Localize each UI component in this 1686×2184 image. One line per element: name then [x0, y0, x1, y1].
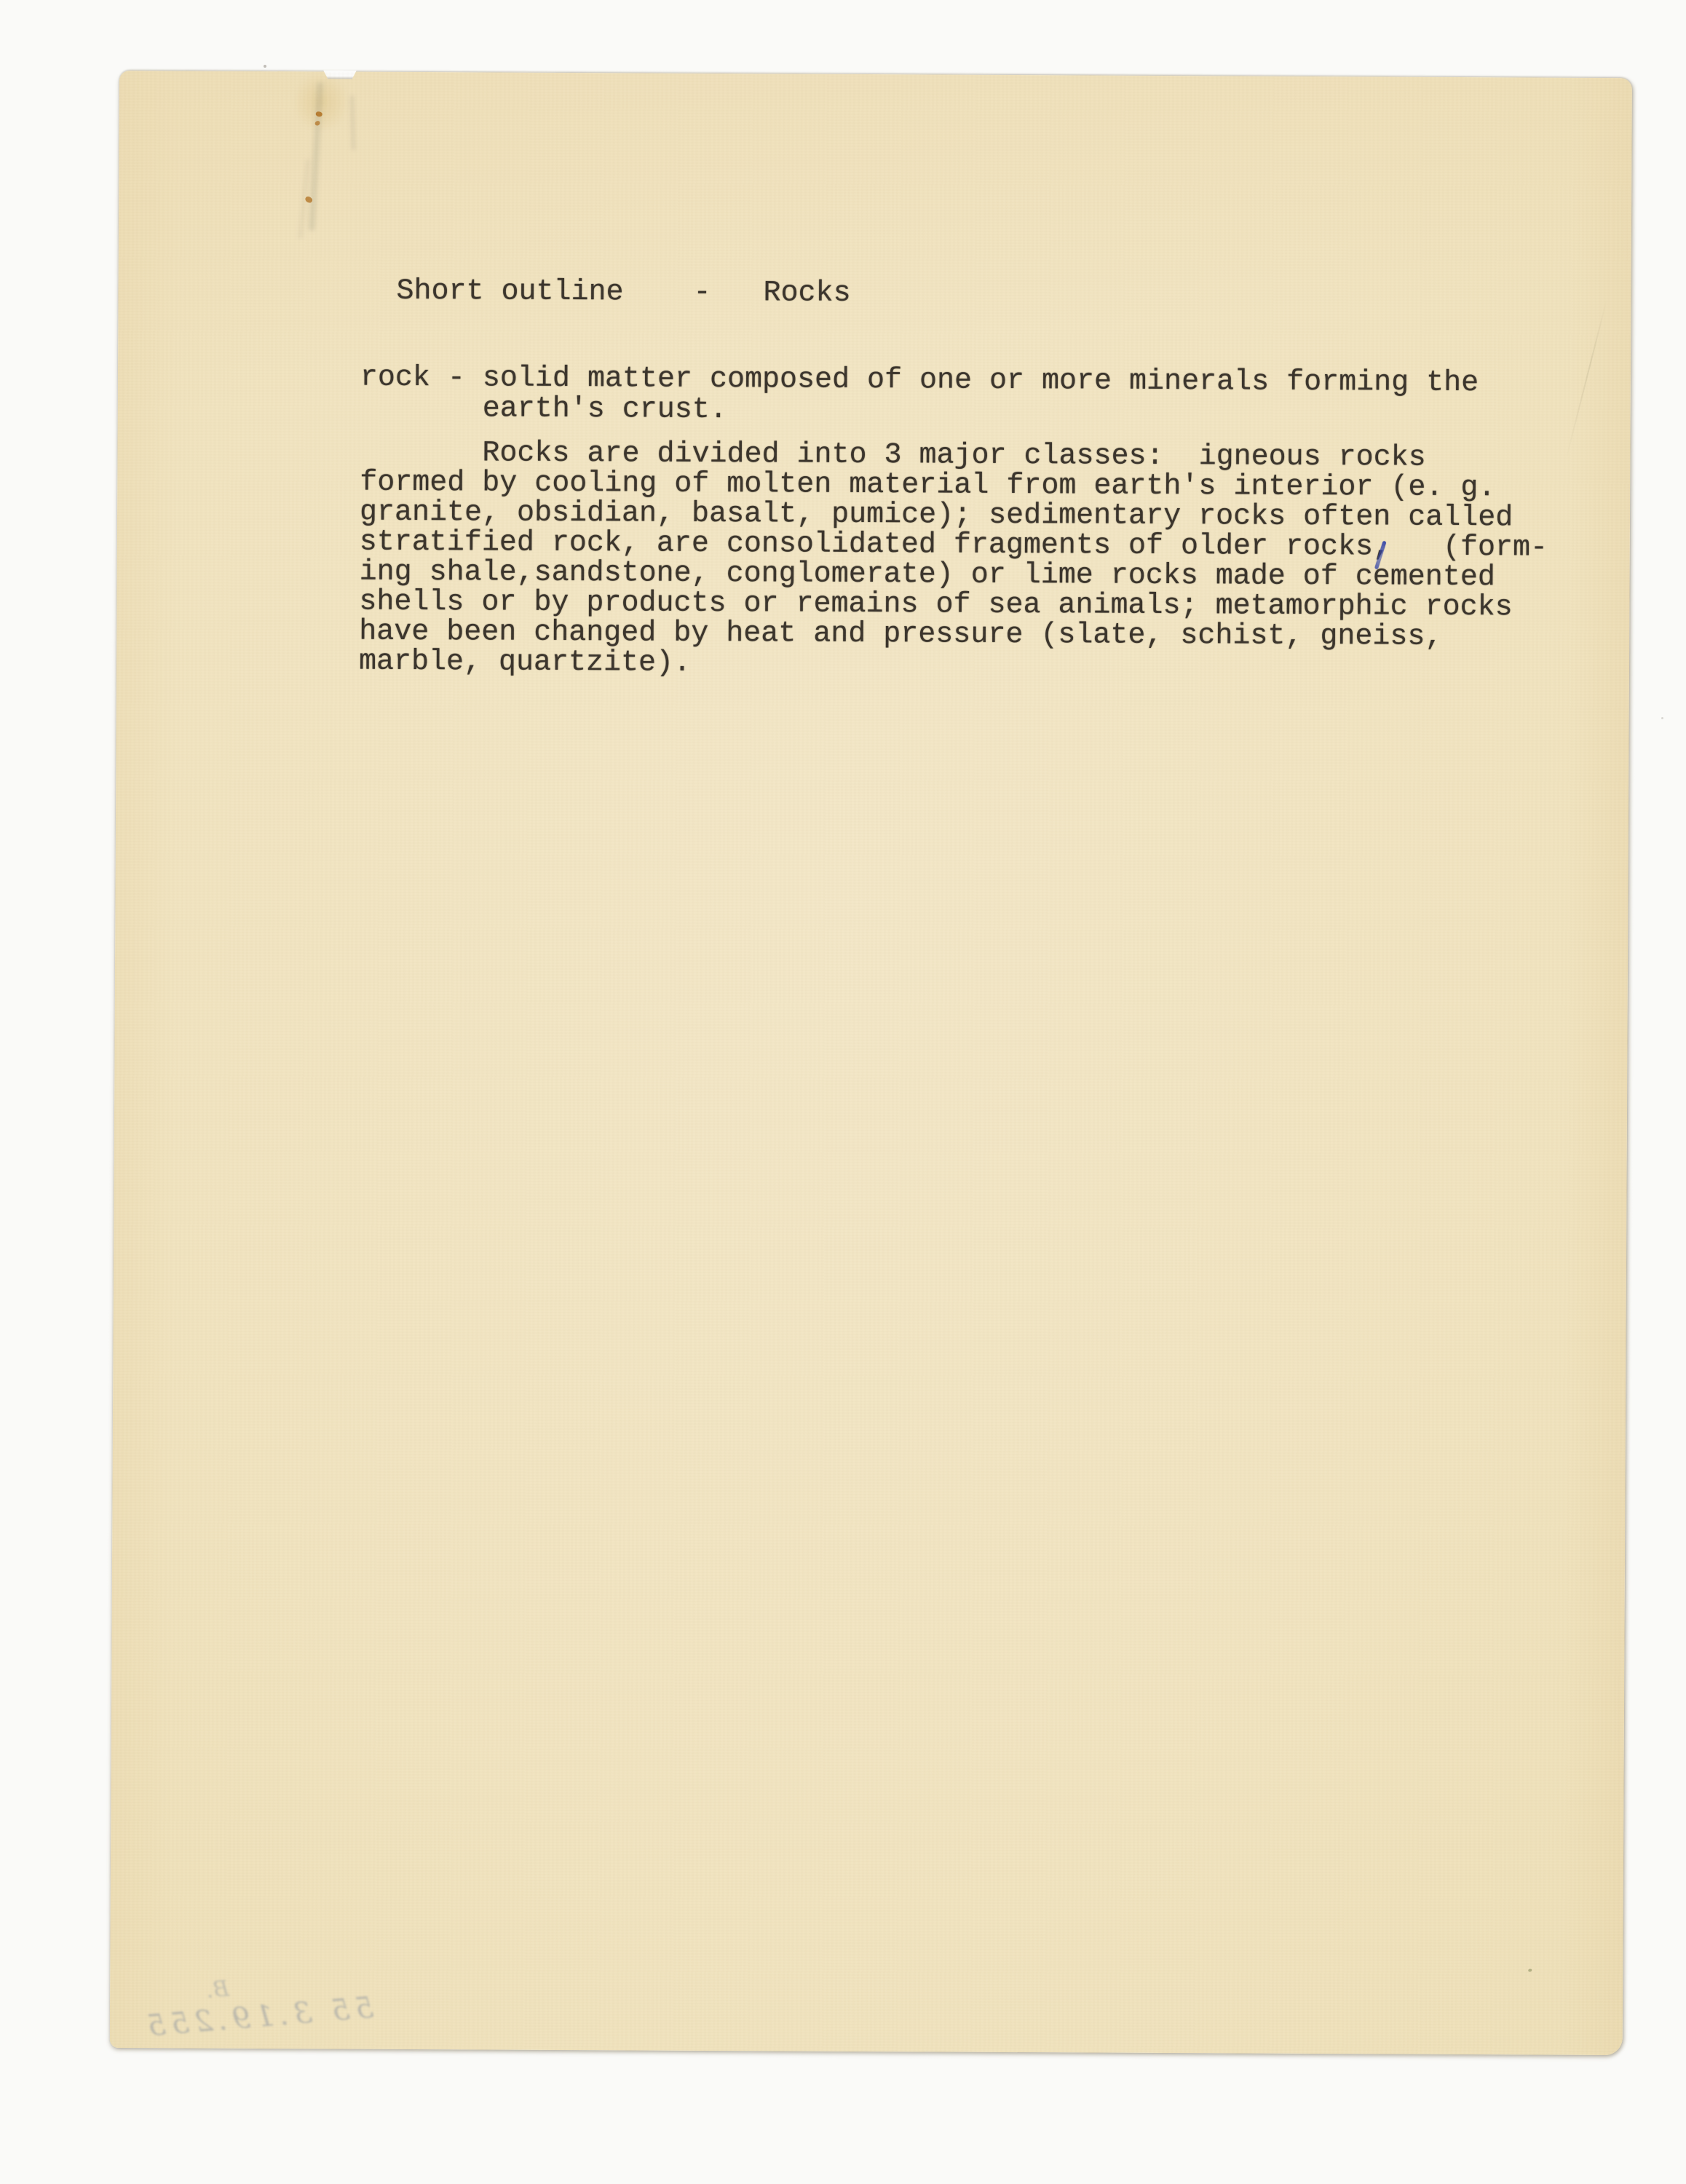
- pencil-smudge-streak: [350, 95, 356, 150]
- bleedthrough-writing: 55 3.19.255: [141, 1991, 375, 2043]
- dust-speck: [1661, 717, 1663, 719]
- typed-title: Short outline - Rocks: [396, 277, 850, 309]
- dust-speck: [264, 65, 266, 68]
- typed-definition: rock - solid matter composed of one or m…: [360, 363, 1479, 430]
- rust-speck: [1528, 1969, 1532, 1971]
- paper-sheet: Short outline - Rocks rock - solid matte…: [110, 71, 1632, 2055]
- typed-paragraph: Rocks are divided into 3 major classes: …: [359, 438, 1548, 683]
- bleedthrough-mark: B.: [205, 1976, 230, 2003]
- paper-crease: [1565, 298, 1608, 461]
